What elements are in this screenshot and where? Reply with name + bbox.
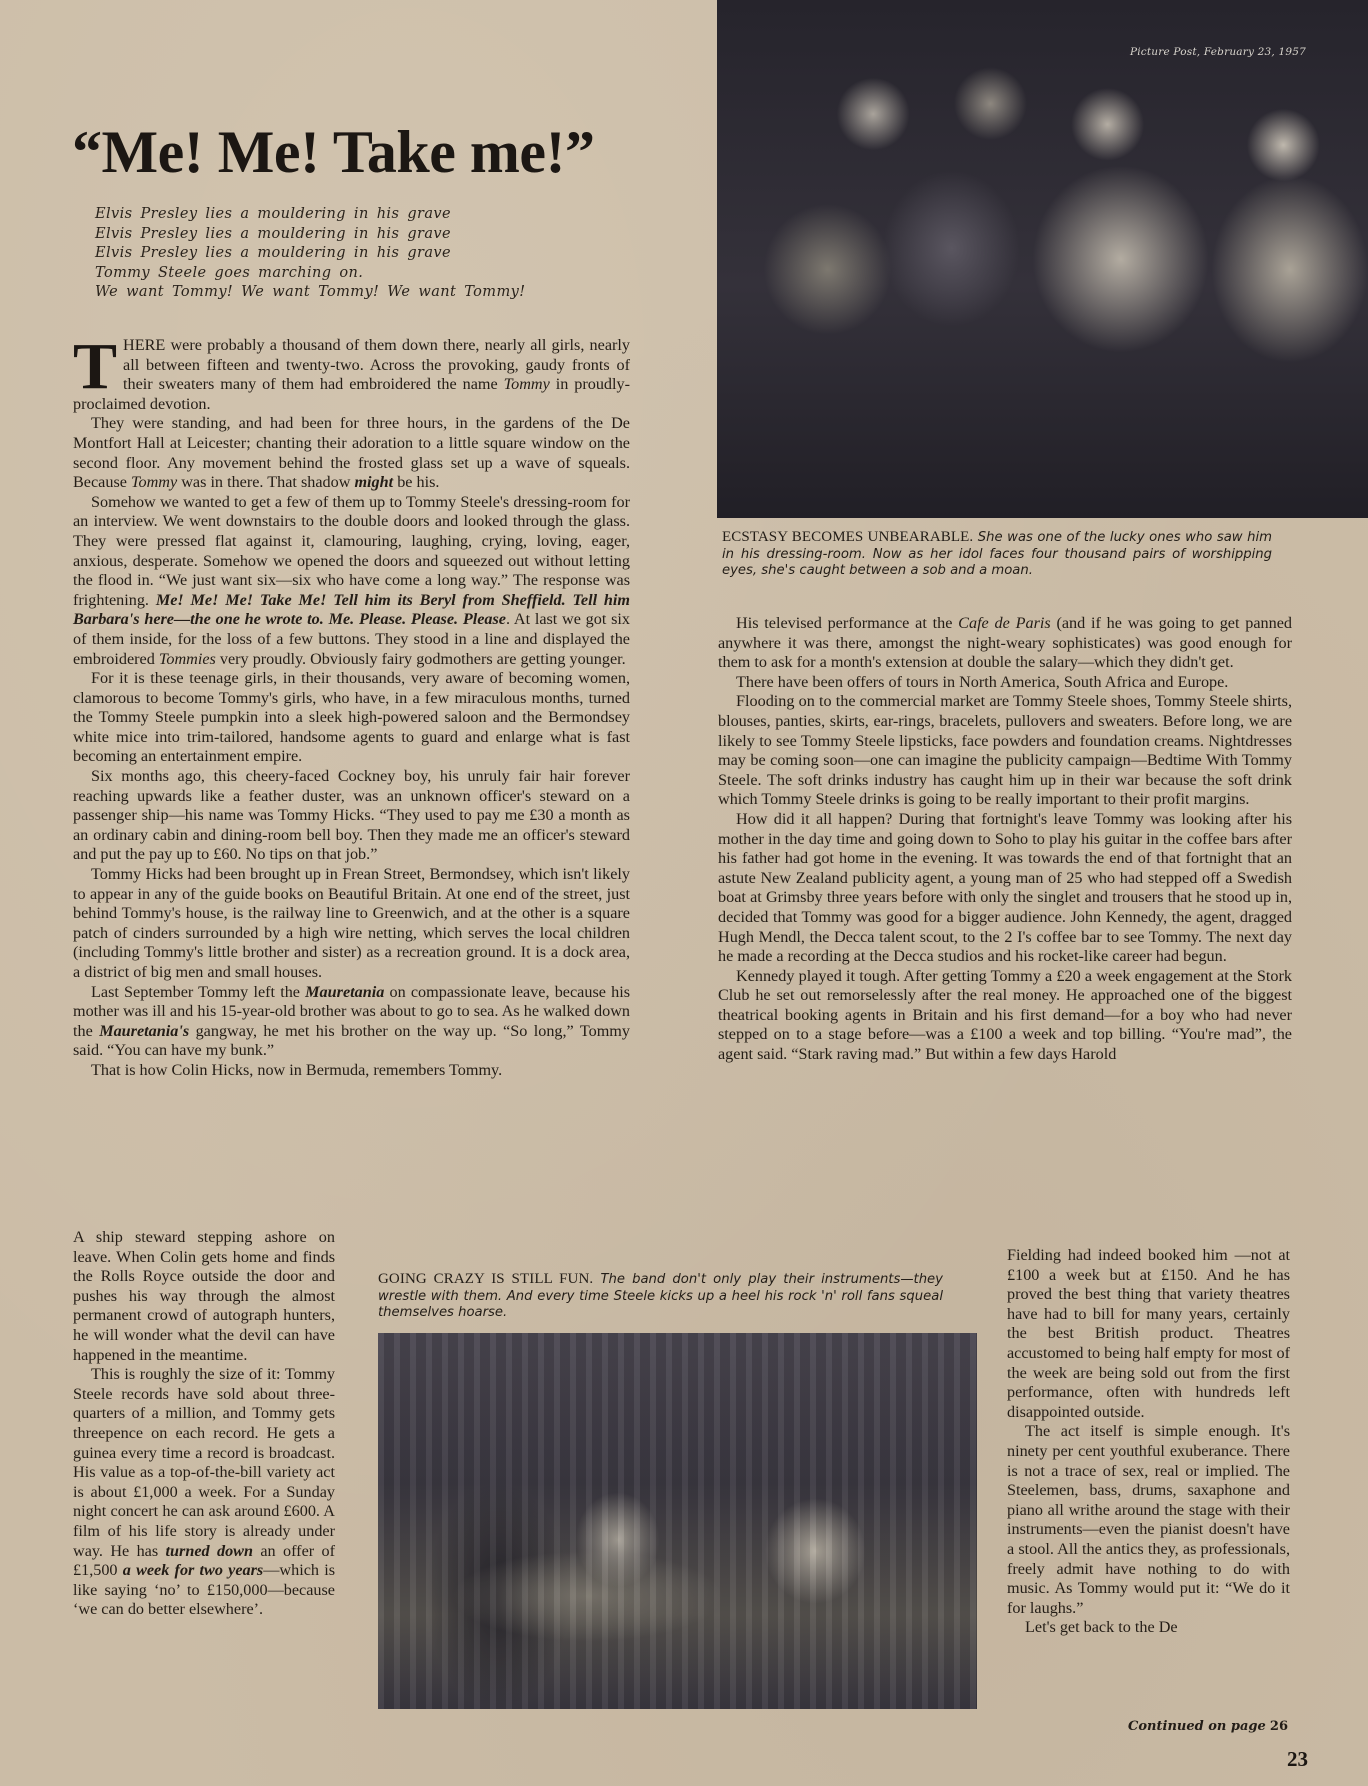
drop-cap: T <box>73 340 117 394</box>
paragraph: Flooding on to the commercial market are… <box>718 692 1292 810</box>
paragraph: Tommy Hicks had been brought up in Frean… <box>73 865 630 983</box>
verse-line: Elvis Presley lies a mouldering in his g… <box>95 225 525 245</box>
page-number: 23 <box>1287 1747 1308 1772</box>
caption-title: ECSTASY BECOMES UNBEARABLE. <box>722 529 973 545</box>
continued-page-number: 26 <box>1270 1719 1288 1734</box>
paragraph: There have been offers of tours in North… <box>718 673 1292 693</box>
publication-dateline: Picture Post, February 23, 1957 <box>1130 46 1306 58</box>
paragraph: Fielding had indeed booked him —not at £… <box>1007 1246 1290 1422</box>
paragraph: Let's get back to the De <box>1007 1618 1290 1638</box>
continued-on-page: Continued on page 26 <box>1128 1719 1288 1734</box>
caption-top-photo: ECSTASY BECOMES UNBEARABLE. She was one … <box>722 529 1272 580</box>
paragraph: Six months ago, this cheery-faced Cockne… <box>73 767 630 865</box>
paragraph: For it is these teenage girls, in their … <box>73 669 630 767</box>
paragraph: THERE were probably a thousand of them d… <box>73 336 630 414</box>
magazine-page: Picture Post, February 23, 1957 “Me! Me!… <box>0 0 1368 1786</box>
paragraph: Last September Tommy left the Mauretania… <box>73 983 630 1061</box>
verse-line: Elvis Presley lies a mouldering in his g… <box>95 205 525 225</box>
article-column-left: THERE were probably a thousand of them d… <box>73 336 630 1081</box>
verse-line: Tommy Steele goes marching on. <box>95 264 525 284</box>
verse-line: We want Tommy! We want Tommy! We want To… <box>95 283 525 303</box>
paragraph: This is roughly the size of it: Tommy St… <box>73 1365 335 1620</box>
paragraph: Kennedy played it tough. After getting T… <box>718 967 1292 1065</box>
caption-bottom-photo: GOING CRAZY IS STILL FUN. The band don't… <box>378 1271 943 1322</box>
continued-label: Continued on page <box>1128 1719 1266 1734</box>
paragraph: A ship steward stepping ashore on leave.… <box>73 1228 335 1365</box>
verse-epigraph: Elvis Presley lies a mouldering in his g… <box>95 205 525 303</box>
paragraph: The act itself is simple enough. It's ni… <box>1007 1422 1290 1618</box>
article-column-left-narrow: A ship steward stepping ashore on leave.… <box>73 1228 335 1620</box>
paragraph: Somehow we wanted to get a few of them u… <box>73 493 630 669</box>
paragraph: That is how Colin Hicks, now in Bermuda,… <box>73 1061 630 1081</box>
article-column-right-narrow: Fielding had indeed booked him —not at £… <box>1007 1246 1290 1638</box>
paragraph: How did it all happen? During that fortn… <box>718 810 1292 967</box>
photo-screaming-fans: Picture Post, February 23, 1957 <box>717 0 1368 518</box>
caption-title: GOING CRAZY IS STILL FUN. <box>378 1271 593 1287</box>
photo-band-on-stage <box>378 1333 977 1709</box>
verse-line: Elvis Presley lies a mouldering in his g… <box>95 244 525 264</box>
article-headline: “Me! Me! Take me!” <box>72 122 595 182</box>
paragraph: His televised performance at the Cafe de… <box>718 614 1292 673</box>
article-column-right: His televised performance at the Cafe de… <box>718 614 1292 1065</box>
paragraph: They were standing, and had been for thr… <box>73 414 630 492</box>
